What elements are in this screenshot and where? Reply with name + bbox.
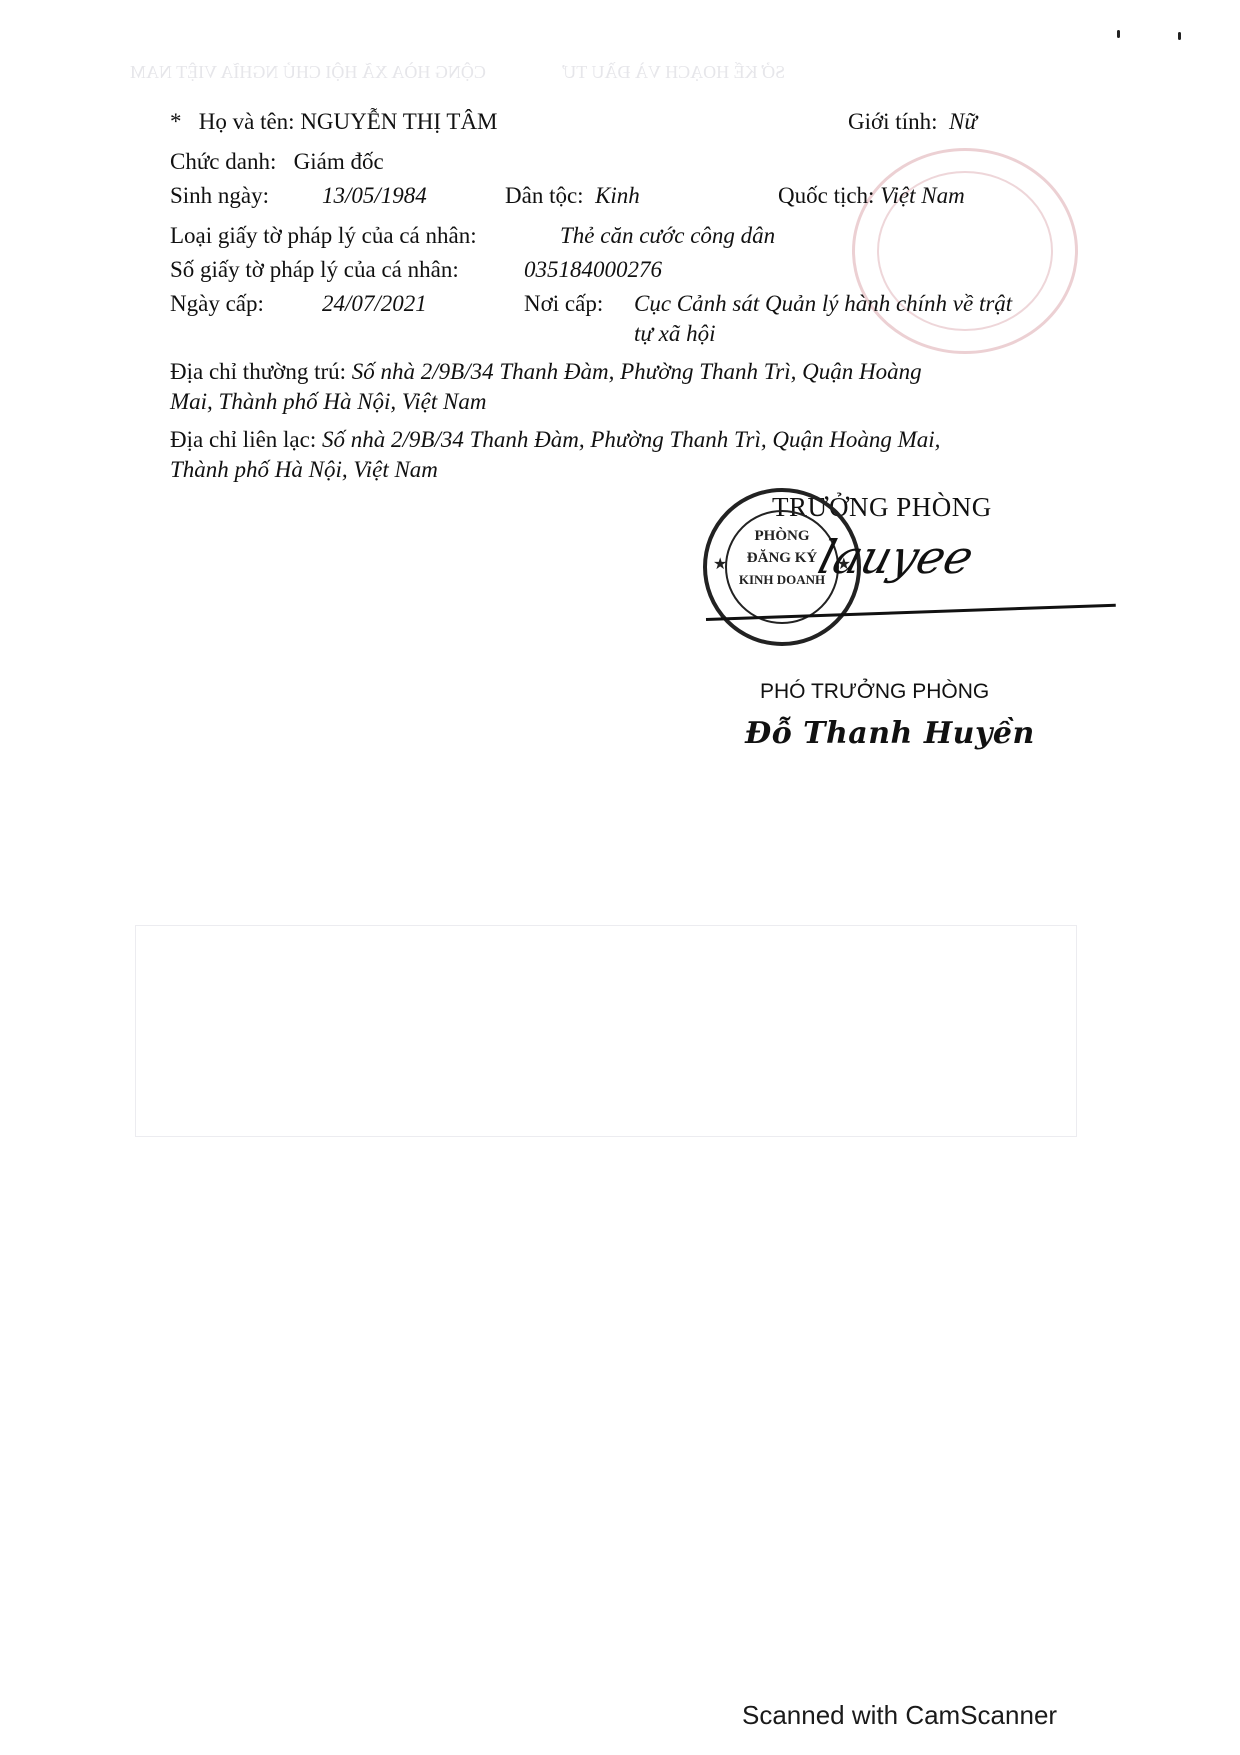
name-row: * Họ và tên: NGUYỄN THỊ TÂM [170, 110, 498, 133]
nationality-label: Quốc tịch: [778, 183, 874, 208]
scan-speck [1178, 32, 1181, 40]
ethnicity-label: Dân tộc: [505, 183, 584, 208]
camscanner-watermark: Scanned with CamScanner [742, 1700, 1057, 1731]
contact-address-row: Địa chỉ liên lạc: Số nhà 2/9B/34 Thanh Đ… [170, 428, 940, 451]
contact-address-line2: Thành phố Hà Nội, Việt Nam [170, 458, 438, 481]
handwritten-signature: lauyee [813, 530, 980, 584]
position-row: Chức danh: Giám đốc [170, 150, 384, 173]
id-number-value: 035184000276 [524, 258, 662, 281]
issue-date-value: 24/07/2021 [322, 292, 427, 315]
ethnicity-row: Dân tộc: Kinh [505, 184, 640, 207]
deputy-title: PHÓ TRƯỞNG PHÒNG [760, 680, 989, 704]
position-label: Chức danh: [170, 149, 276, 174]
deputy-name: Đỗ Thanh Huyền [745, 716, 1035, 751]
permanent-address-line1: Số nhà 2/9B/34 Thanh Đàm, Phường Thanh T… [352, 359, 922, 384]
bleed-through-table [135, 925, 1077, 1137]
permanent-address-line2: Mai, Thành phố Hà Nội, Việt Nam [170, 390, 486, 413]
gender-row: Giới tính: Nữ [848, 110, 977, 133]
scan-speck [1117, 30, 1120, 38]
bullet: * [170, 109, 182, 134]
issue-place-line1: Cục Cảnh sát Quản lý hành chính về trật [634, 292, 1012, 315]
dob-value: 13/05/1984 [322, 184, 427, 207]
permanent-address-row: Địa chỉ thường trú: Số nhà 2/9B/34 Thanh… [170, 360, 922, 383]
issue-date-label: Ngày cấp: [170, 292, 264, 315]
issue-place-label: Nơi cấp: [524, 292, 603, 315]
id-type-label: Loại giấy tờ pháp lý của cá nhân: [170, 224, 477, 247]
gender-value: Nữ [949, 109, 977, 134]
ethnicity-value: Kinh [595, 183, 640, 208]
name-value: NGUYỄN THỊ TÂM [300, 109, 497, 134]
contact-address-label: Địa chỉ liên lạc: [170, 427, 316, 452]
nationality-value: Việt Nam [880, 183, 965, 208]
permanent-address-label: Địa chỉ thường trú: [170, 359, 346, 384]
gender-label: Giới tính: [848, 109, 937, 134]
issue-place-line2: tự xã hội [634, 322, 716, 345]
id-number-label: Số giấy tờ pháp lý của cá nhân: [170, 258, 459, 281]
dob-label: Sinh ngày: [170, 184, 269, 207]
id-type-value: Thẻ căn cước công dân [560, 224, 775, 247]
name-label: Họ và tên: [199, 109, 295, 134]
company-stamp [852, 148, 1078, 354]
nationality-row: Quốc tịch: Việt Nam [778, 184, 965, 207]
contact-address-line1: Số nhà 2/9B/34 Thanh Đàm, Phường Thanh T… [322, 427, 940, 452]
position-value: Giám đốc [294, 149, 384, 174]
bleed-through-text: SỞ KẾ HOẠCH VÀ ĐẦU TƯ CỘNG HÒA XÃ HỘI CH… [130, 62, 785, 83]
